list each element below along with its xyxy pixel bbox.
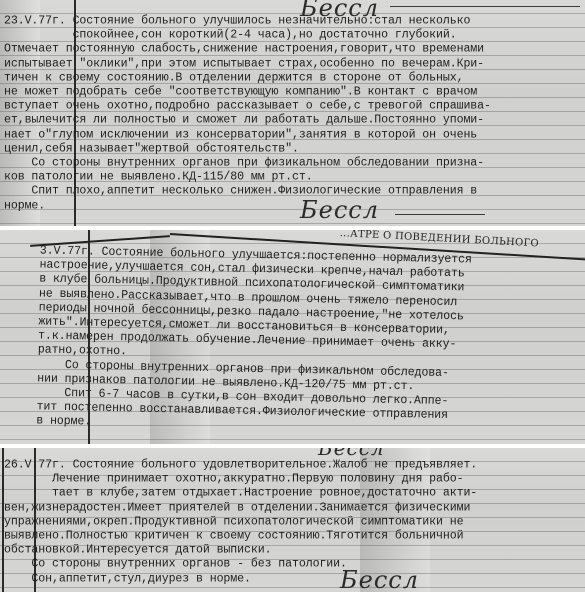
doctor-signature: Бессл [300, 0, 379, 22]
text-line: Лечение принимает охотно,аккуратно.Перву… [4, 472, 585, 487]
text-line: не может подобрать себе "соответствующую… [4, 85, 585, 100]
doctor-signature: Бессл [300, 196, 379, 224]
text-line: ценил,себя называет"жертвой обстоятельст… [4, 142, 585, 157]
text-line: 26.V.77г. Состояние больного удовлетвори… [4, 458, 585, 473]
text-line: тает в клубе,затем отдыхает.Настроение р… [4, 486, 585, 501]
signature-line [390, 6, 580, 7]
text-line: упражнениями,окреп.Продуктивной психопат… [4, 515, 585, 530]
text-line: вступает очень охотно,подробно рассказыв… [4, 99, 585, 114]
text-line: Сон,аппетит,стул,диурез в норме. [4, 572, 585, 587]
text-line: обстановкой.Интересуется датой выписки. [4, 543, 585, 558]
text-line: Отмечает постоянную слабость,снижение на… [4, 42, 585, 57]
text-line: 23.V.77г. Состояние больного улучшилось … [4, 14, 585, 29]
record-entry-3-may: ...АТРЕ О ПОВЕДЕНИИ БОЛЬНОГО 3.V.77г. Со… [0, 230, 585, 444]
doctor-signature: Бессл [318, 448, 385, 460]
text-line: ет,вылечится ли полностью и сможет ли ра… [4, 113, 585, 128]
entry-text: 26.V.77г. Состояние больного удовлетвори… [4, 458, 585, 586]
text-line: выявлено.Полностью критичен к своему сос… [4, 529, 585, 544]
text-line: Спит плохо,аппетит несколько снижен.Физи… [4, 184, 585, 199]
entry-text: 23.V.77г. Состояние больного улучшилось … [4, 14, 585, 213]
text-line: испытывает "оклики",при этом испытывает … [4, 57, 585, 72]
text-line: норме. [4, 199, 585, 214]
entry-text: 3.V.77г. Состояние больного улучшается:п… [36, 244, 585, 440]
text-line: Со стороны внутренних органов при физика… [4, 156, 585, 171]
text-line: ков патологии не выявлено.КД-115/80 мм р… [4, 170, 585, 185]
record-entry-26-may: Бессл 26.V.77г. Состояние больного удовл… [0, 448, 585, 592]
text-line: Со стороны внутренних органов - без пато… [4, 557, 585, 572]
text-line: тичен к своему состоянию.В отделении дер… [4, 71, 585, 86]
text-line: вен,жизнерадостен.Имеет приятелей в отде… [4, 501, 585, 516]
signature-line [395, 214, 485, 215]
text-line: нает о"глупом исключении из консерватори… [4, 128, 585, 143]
text-line: спокойнее,сон короткий(2-4 часа),но дост… [4, 28, 585, 43]
record-entry-23-may: Бессл 23.V.77г. Состояние больного улучш… [0, 0, 585, 226]
doctor-signature: Бессл [340, 566, 419, 592]
